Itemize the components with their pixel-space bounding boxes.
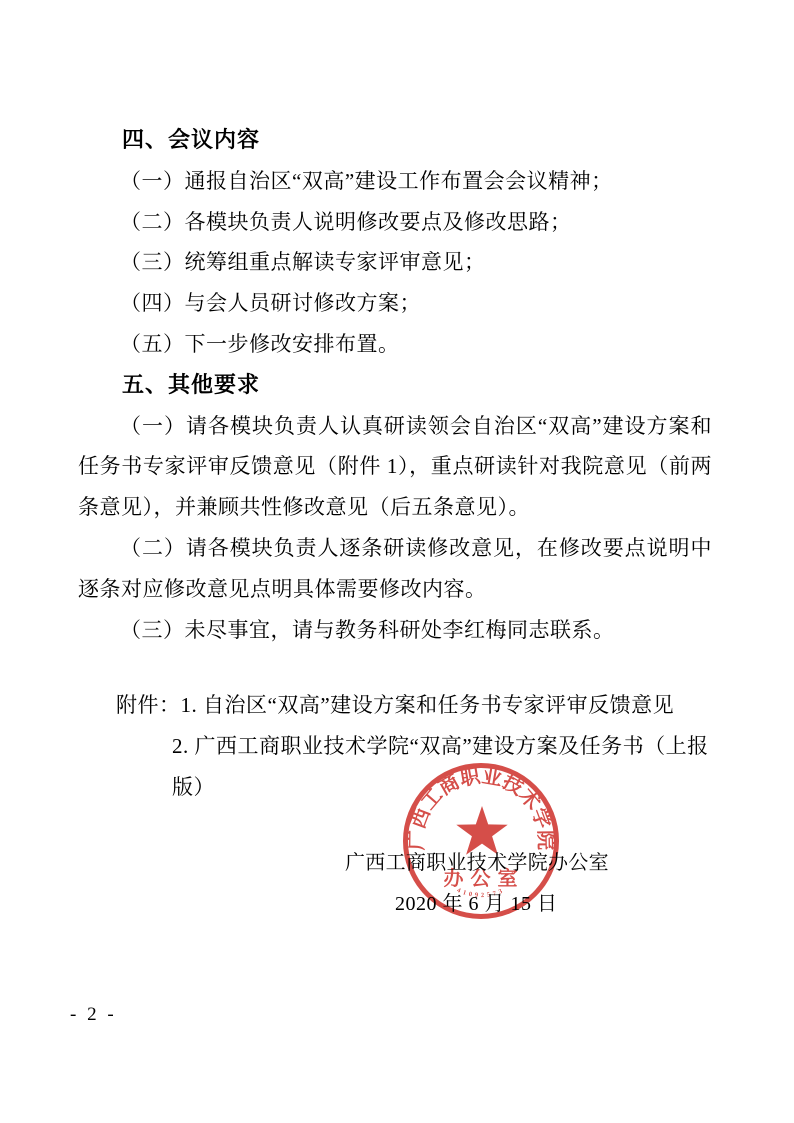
attachment-item-1: 附件：1. 自治区“双高”建设方案和任务书专家评审反馈意见 [116, 685, 712, 726]
list-item-5-1: （一）请各模块负责人认真研读领会自治区“双高”建设方案和任务书专家评审反馈意见（… [78, 406, 712, 528]
list-item-4-2: （二）各模块负责人说明修改要点及修改思路； [78, 202, 712, 243]
section-heading-4: 四、会议内容 [78, 120, 712, 161]
list-item-5-3: （三）未尽事宜，请与教务科研处李红梅同志联系。 [78, 610, 712, 651]
list-item-4-5: （五）下一步修改安排布置。 [78, 324, 712, 365]
document-body: 四、会议内容 （一）通报自治区“双高”建设工作布置会会议精神； （二）各模块负责… [78, 120, 712, 808]
signature-org: 广西工商职业技术学院办公室 [345, 846, 609, 875]
list-item-4-4: （四）与会人员研讨修改方案； [78, 283, 712, 324]
signature-date: 2020 年 6 月 15 日 [395, 887, 558, 916]
attachment-item-2: 2. 广西工商职业技术学院“双高”建设方案及任务书（上报版） [172, 726, 712, 808]
section-heading-5: 五、其他要求 [78, 365, 712, 406]
list-item-5-2: （二）请各模块负责人逐条研读修改意见，在修改要点说明中逐条对应修改意见点明具体需… [78, 528, 712, 610]
page-number: - 2 - [70, 1004, 117, 1026]
list-item-4-3: （三）统筹组重点解读专家评审意见； [78, 242, 712, 283]
attachment-item-1-text: 1. 自治区“双高”建设方案和任务书专家评审反馈意见 [181, 693, 675, 717]
list-item-4-1: （一）通报自治区“双高”建设工作布置会会议精神； [78, 161, 712, 202]
document-page: 四、会议内容 （一）通报自治区“双高”建设工作布置会会议精神； （二）各模块负责… [0, 0, 794, 1123]
attachments-block: 附件：1. 自治区“双高”建设方案和任务书专家评审反馈意见 2. 广西工商职业技… [78, 685, 712, 807]
attachments-label: 附件： [116, 693, 181, 717]
